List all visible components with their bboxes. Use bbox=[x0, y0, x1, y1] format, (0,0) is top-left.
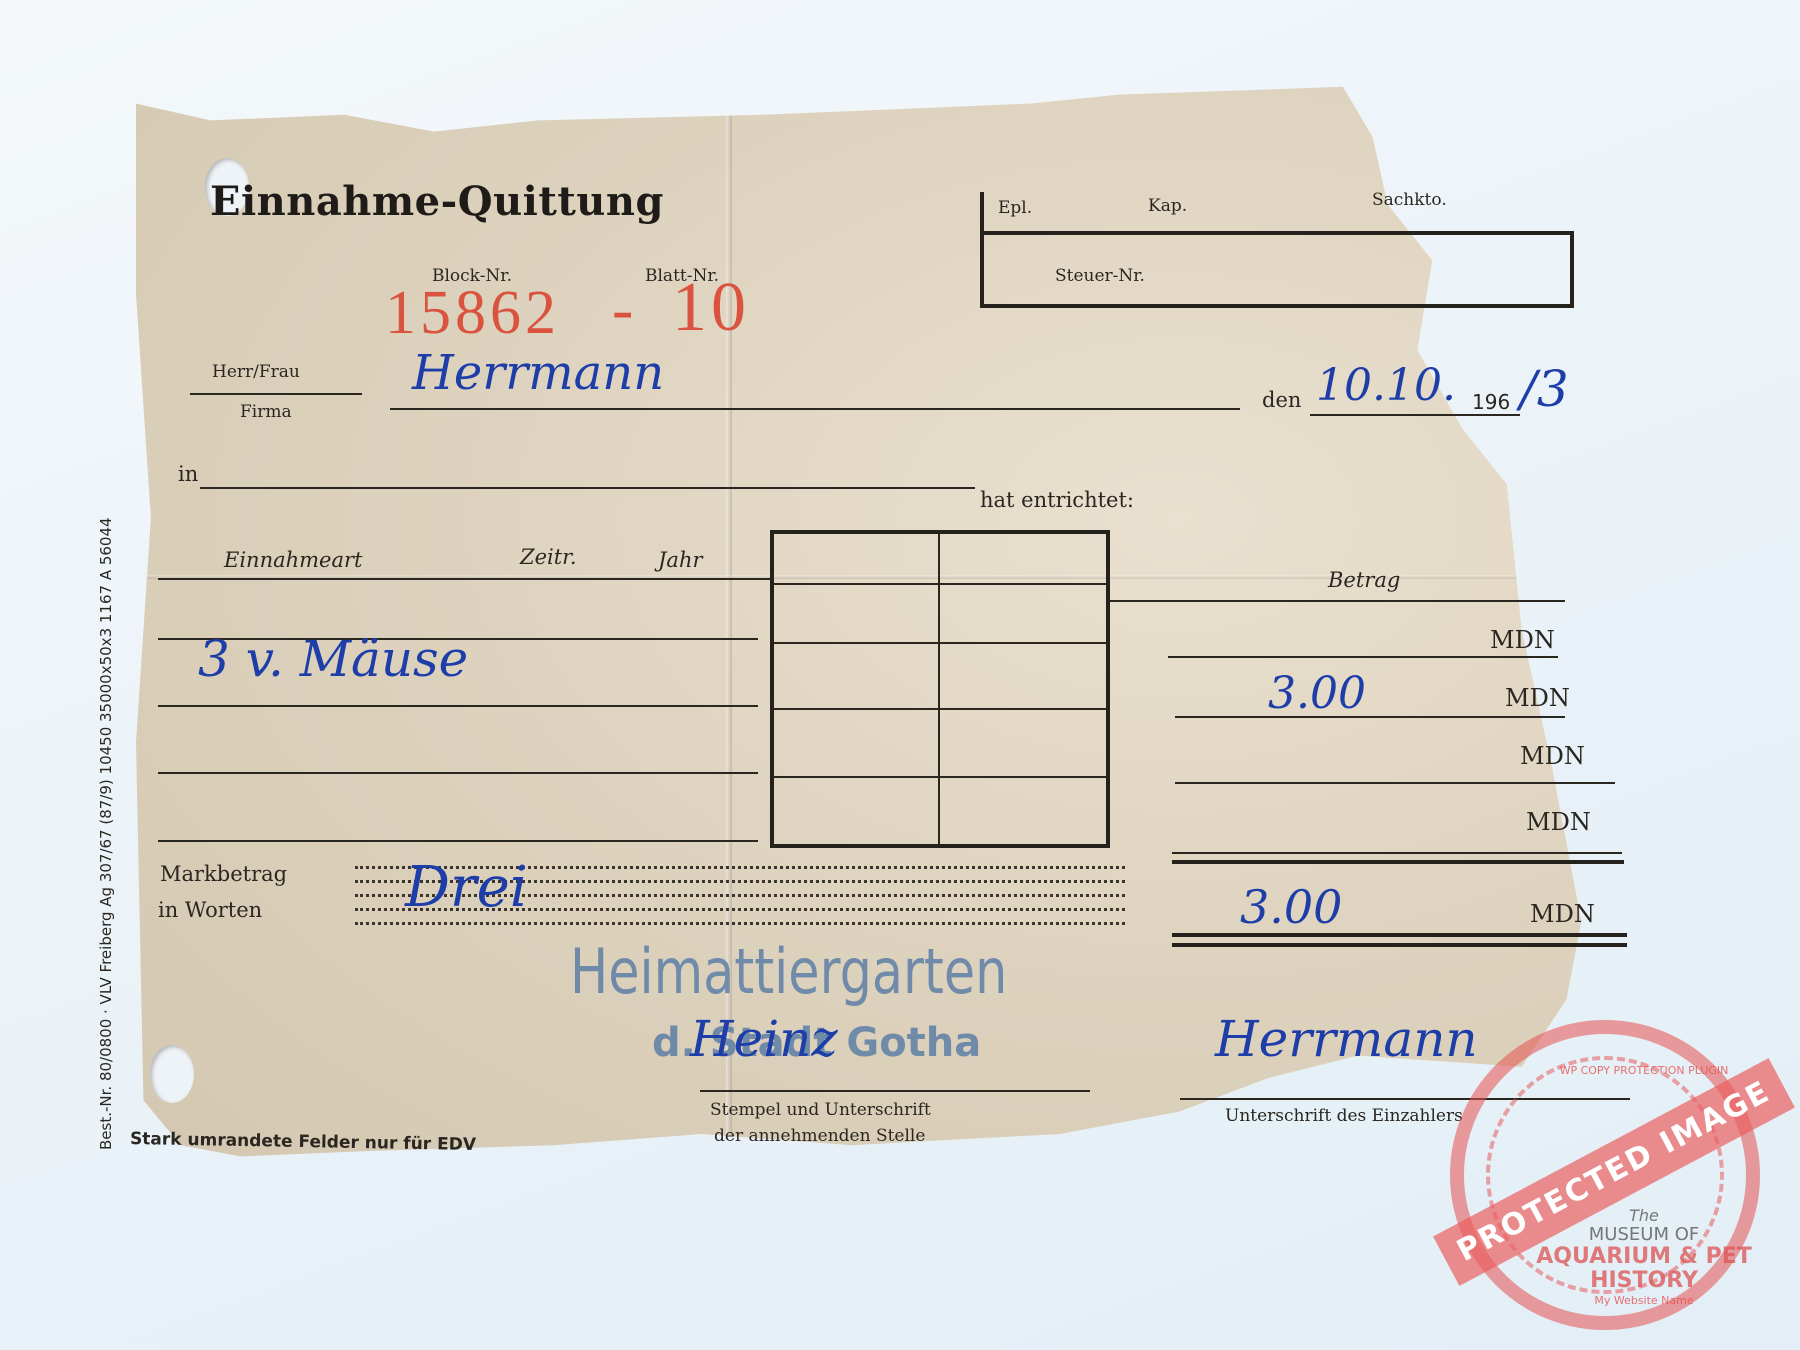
kap-label: Kap. bbox=[1148, 196, 1187, 216]
in-label: in bbox=[178, 462, 198, 486]
hat-entrichtet-label: hat entrichtet: bbox=[980, 488, 1134, 512]
watermark-the: The bbox=[1514, 1206, 1774, 1225]
header-line-right bbox=[1110, 600, 1565, 602]
edv-grid-row-4 bbox=[774, 776, 1106, 778]
receiver-signature: Heinz bbox=[690, 1010, 838, 1068]
currency-row-2: MDN bbox=[1505, 684, 1570, 712]
col-einnahmeart: Einnahmeart bbox=[224, 548, 362, 572]
form-title: Einnahme-Quittung bbox=[210, 178, 664, 225]
row-line-3 bbox=[158, 772, 758, 774]
sachkto-label: Sachkto. bbox=[1372, 190, 1447, 210]
epl-label: Epl. bbox=[998, 198, 1032, 218]
watermark-line-1: MUSEUM OF bbox=[1514, 1224, 1774, 1245]
payer-name[interactable]: Herrmann bbox=[412, 345, 664, 401]
row-line-4 bbox=[158, 840, 758, 842]
currency-row-1: MDN bbox=[1490, 626, 1555, 654]
currency-row-3: MDN bbox=[1520, 742, 1585, 770]
betrag-line-2 bbox=[1175, 716, 1565, 718]
in-worten-label: in Worten bbox=[158, 898, 262, 922]
receiver-caption-1: Stempel und Unterschrift bbox=[710, 1100, 931, 1120]
punch-hole-bottom bbox=[150, 1045, 194, 1103]
edv-grid-divider bbox=[938, 534, 940, 844]
blatt-number: 10 bbox=[672, 268, 750, 348]
date-line bbox=[1310, 414, 1520, 416]
total-currency: MDN bbox=[1530, 900, 1595, 928]
edv-grid-row-2 bbox=[774, 642, 1106, 644]
year-handwritten[interactable]: /3 bbox=[1520, 360, 1569, 418]
date-field[interactable]: 10.10. bbox=[1316, 360, 1456, 411]
total-betrag[interactable]: 3.00 bbox=[1240, 880, 1342, 934]
watermark-ring-text: WP COPY PROTECTION PLUGIN bbox=[1514, 1064, 1774, 1077]
currency-row-4: MDN bbox=[1526, 808, 1591, 836]
watermark-site: My Website Name bbox=[1514, 1294, 1774, 1307]
account-box-divider bbox=[984, 231, 1574, 235]
herr-frau-divider bbox=[190, 393, 362, 395]
payer-signature: Herrmann bbox=[1215, 1010, 1478, 1068]
firma-label: Firma bbox=[240, 402, 292, 422]
in-line bbox=[200, 487, 975, 489]
account-box bbox=[980, 192, 1574, 308]
block-number: 15862 bbox=[385, 278, 560, 349]
steuer-nr-label: Steuer-Nr. bbox=[1055, 266, 1145, 286]
betrag-line-3 bbox=[1175, 782, 1615, 784]
number-separator: - bbox=[612, 272, 637, 346]
stamp-line-1: Heimattiergarten bbox=[570, 935, 1007, 1008]
col-jahr: Jahr bbox=[658, 548, 703, 572]
markbetrag-label: Markbetrag bbox=[160, 862, 287, 886]
amount-in-words[interactable]: Drei bbox=[405, 855, 528, 920]
edv-grid-row-1 bbox=[774, 583, 1106, 585]
watermark-line-2: AQUARIUM & PET bbox=[1514, 1244, 1774, 1269]
col-betrag: Betrag bbox=[1328, 568, 1400, 592]
betrag-row-2[interactable]: 3.00 bbox=[1268, 668, 1366, 719]
den-label: den bbox=[1262, 388, 1301, 412]
receiver-signature-line bbox=[700, 1090, 1090, 1092]
total-line-bottom-2 bbox=[1172, 943, 1627, 947]
edv-grid-box bbox=[770, 530, 1110, 848]
total-line-bottom-1 bbox=[1172, 933, 1627, 937]
row-line-2 bbox=[158, 705, 758, 707]
watermark-line-3: HISTORY bbox=[1514, 1268, 1774, 1293]
einnahmeart-row-2[interactable]: 3 v. Mäuse bbox=[198, 630, 468, 688]
year-prefix: 196 bbox=[1472, 390, 1510, 414]
edv-grid-row-3 bbox=[774, 708, 1106, 710]
betrag-line-4 bbox=[1172, 852, 1622, 854]
payer-name-line bbox=[390, 408, 1240, 410]
col-zeitr: Zeitr. bbox=[520, 545, 577, 569]
header-line-left bbox=[158, 578, 770, 580]
receiver-caption-2: der annehmenden Stelle bbox=[714, 1126, 925, 1146]
watermark-seal: PROTECTED IMAGE WP COPY PROTECTION PLUGI… bbox=[1450, 1020, 1760, 1330]
payer-caption: Unterschrift des Einzahlers bbox=[1225, 1106, 1463, 1126]
side-print: Best.-Nr. 80/0800 · VLV Freiberg Ag 307/… bbox=[97, 517, 115, 1150]
account-box-right bbox=[1570, 231, 1574, 308]
words-dotted-5 bbox=[355, 922, 1125, 927]
betrag-line-1 bbox=[1168, 656, 1558, 658]
total-line-top bbox=[1172, 860, 1624, 864]
herr-frau-label: Herr/Frau bbox=[212, 362, 300, 382]
